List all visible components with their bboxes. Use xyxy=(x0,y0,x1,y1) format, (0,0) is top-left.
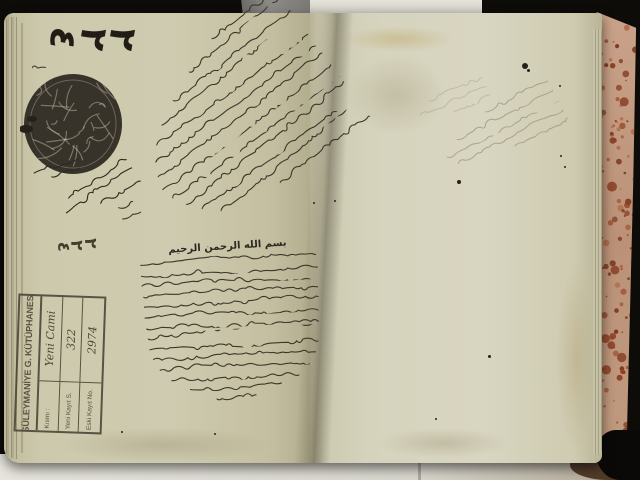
open-book: ٤٢٢ ٤٢٢ بسم الله الرحمن الرحيم SÜLEYMANİ… xyxy=(4,13,602,463)
manuscript-photo: ٤٢٢ ٤٢٢ بسم الله الرحمن الرحيم SÜLEYMANİ… xyxy=(0,0,640,480)
cover-corner-shadow xyxy=(596,430,640,480)
background-sheet xyxy=(310,0,482,13)
ink-specks xyxy=(4,13,602,463)
